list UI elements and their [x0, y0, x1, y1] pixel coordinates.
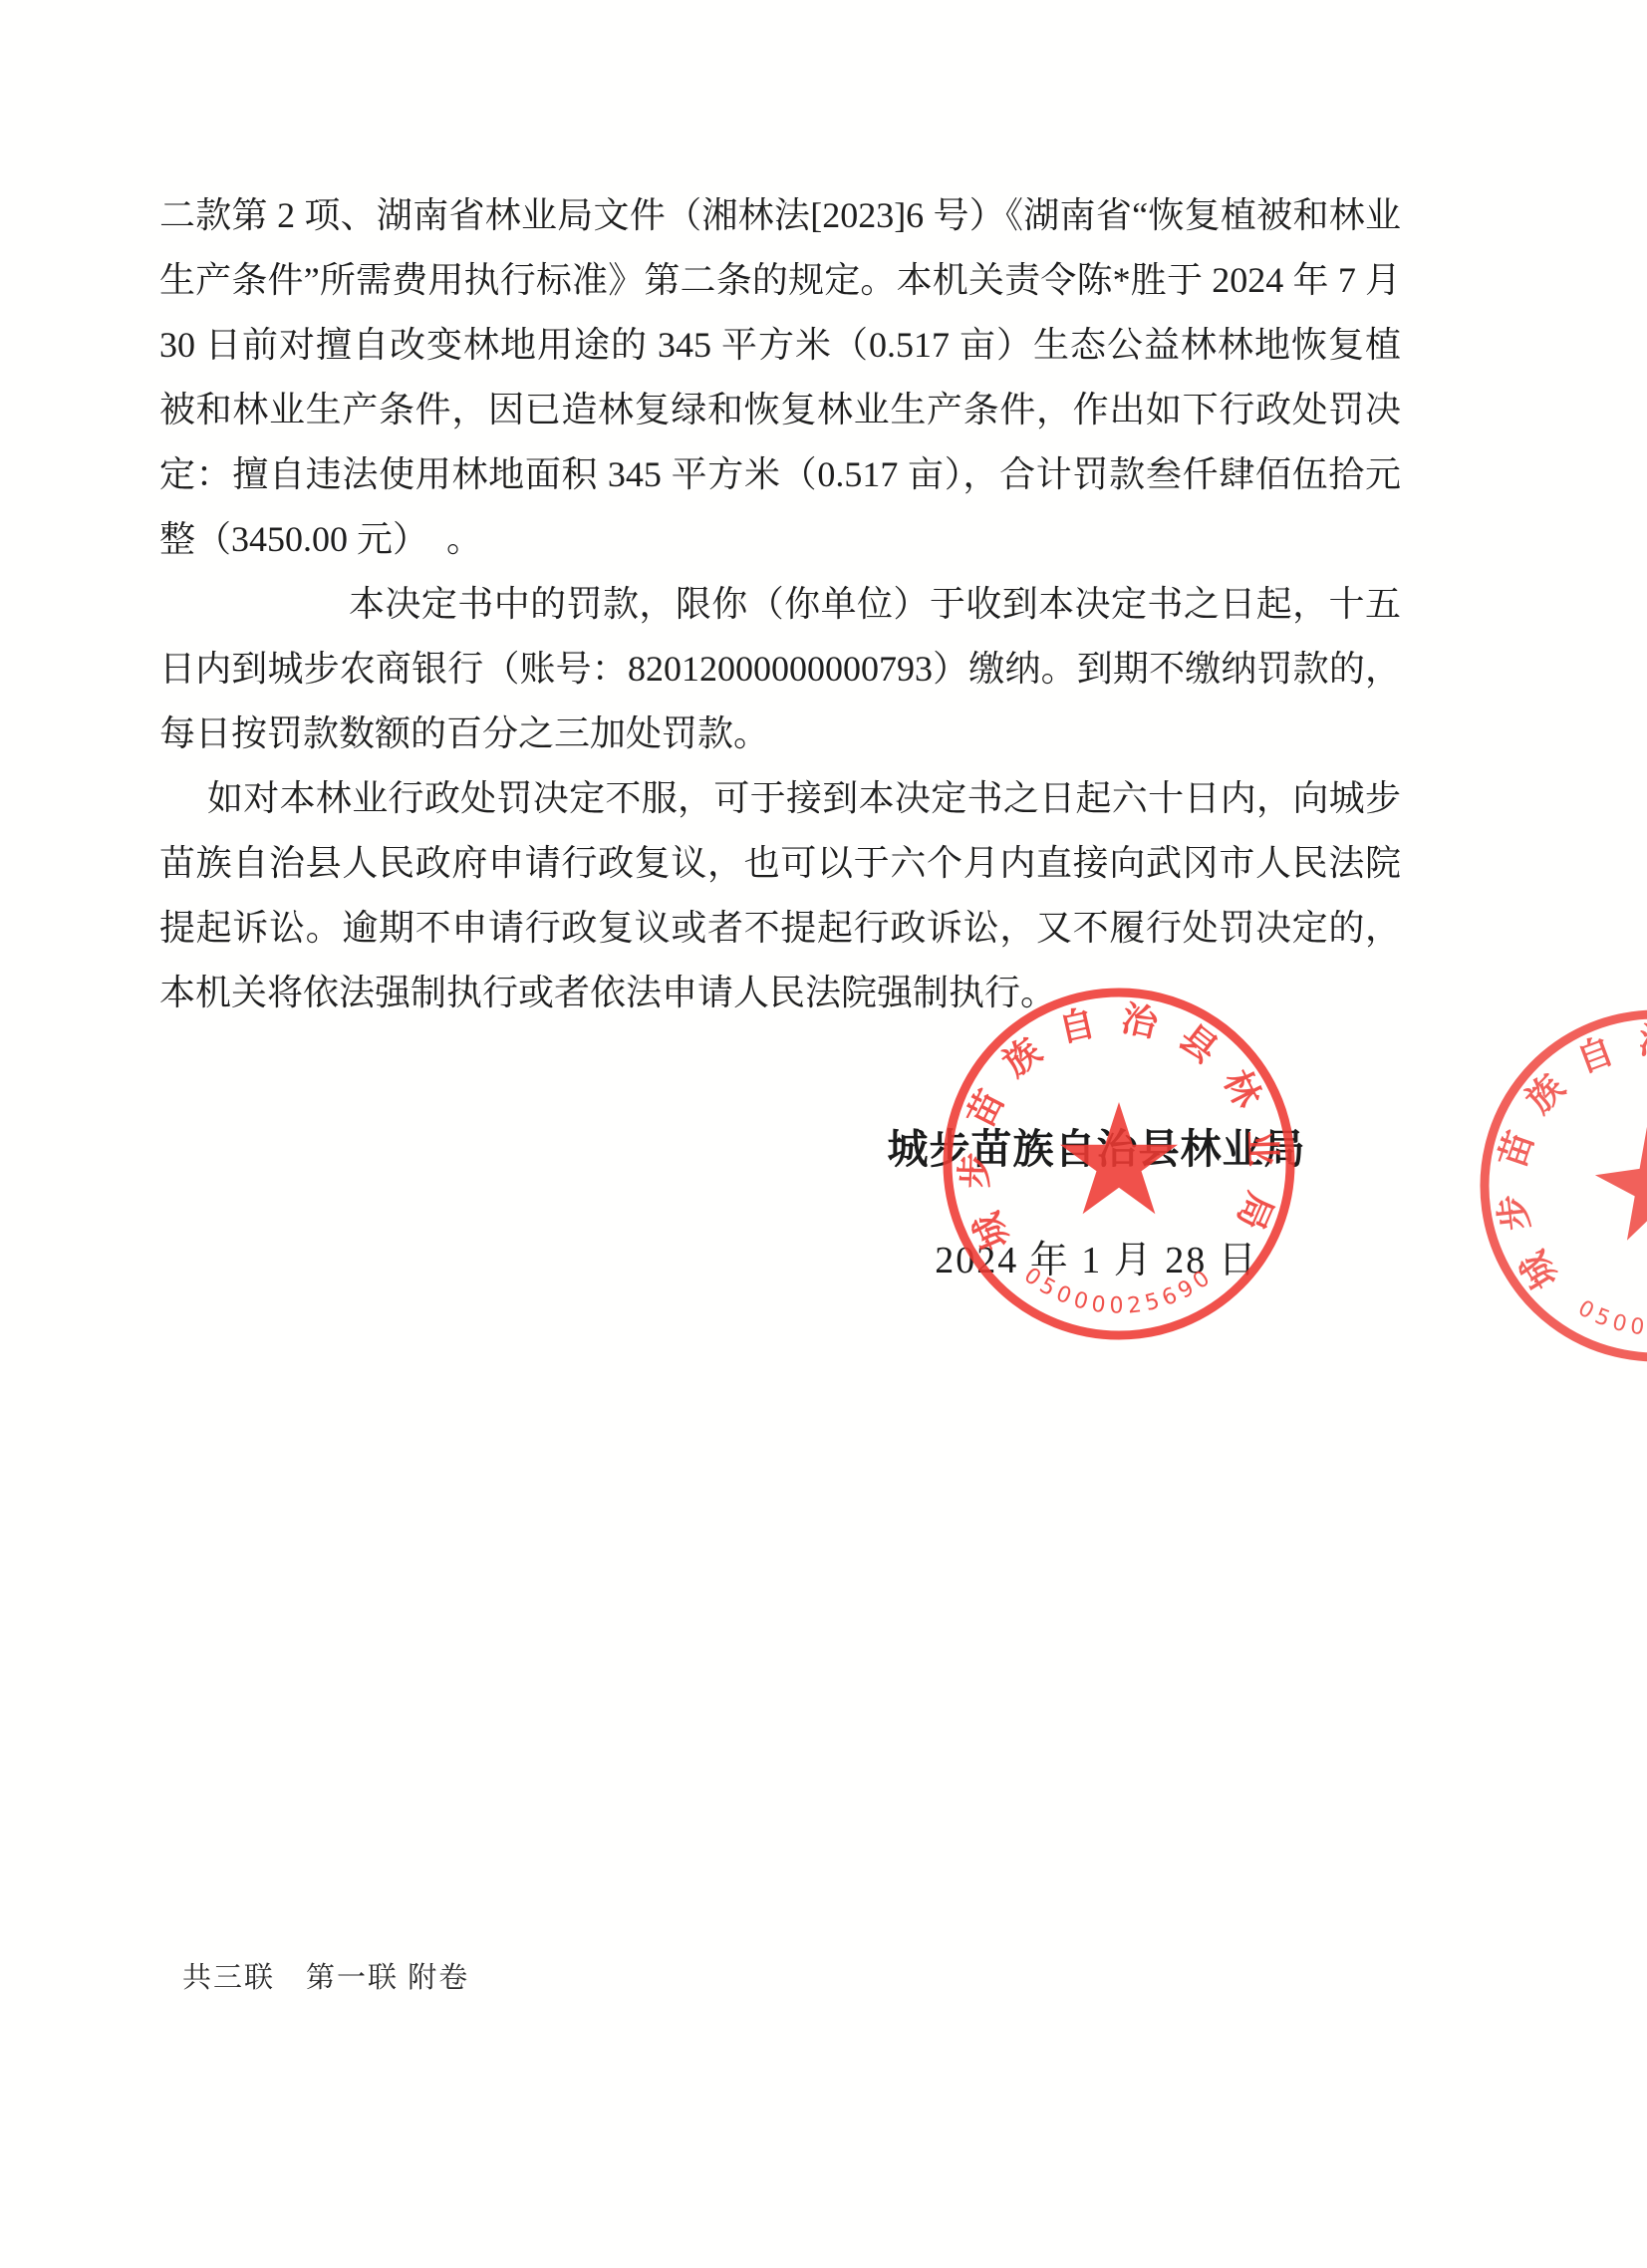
seal-ring	[1463, 992, 1647, 1380]
paragraph-penalty-decision: 二款第 2 项、湖南省林业局文件（湘林法[2023]6 号）《湖南省“恢复植被和…	[159, 183, 1401, 572]
svg-text:城步苗族自治县林业局: 城步苗族自治县林业局	[1471, 998, 1647, 1299]
seal-ring-text: 城步苗族自治县林业局	[1471, 998, 1647, 1299]
document-page: 二款第 2 项、湖南省林业局文件（湘林法[2023]6 号）《湖南省“恢复植被和…	[0, 0, 1647, 2268]
document-body: 二款第 2 项、湖南省林业局文件（湘林法[2023]6 号）《湖南省“恢复植被和…	[159, 183, 1401, 1025]
issuing-authority: 城步苗族自治县林业局	[825, 1116, 1368, 1175]
signature-block: 城步苗族自治县林业局 2024 年 1 月 28 日	[825, 1116, 1368, 1283]
issue-date: 2024 年 1 月 28 日	[825, 1229, 1368, 1283]
svg-text:05000025690: 05000025690	[1571, 1271, 1647, 1353]
seal-code-text: 05000025690	[1571, 1271, 1647, 1353]
star-icon	[1589, 1116, 1647, 1244]
paragraph-payment-instructions: 本决定书中的罚款，限你（你单位）于收到本决定书之日起，十五日内到城步农商银行（账…	[159, 572, 1401, 766]
paragraph-appeal-rights: 如对本林业行政处罚决定不服，可于接到本决定书之日起六十日内，向城步苗族自治县人民…	[159, 766, 1401, 1025]
partial-seal: 城步苗族自治县林业局 05000025690	[1409, 939, 1647, 1434]
copy-notation: 共三联 第一联 附卷	[182, 1955, 469, 1996]
